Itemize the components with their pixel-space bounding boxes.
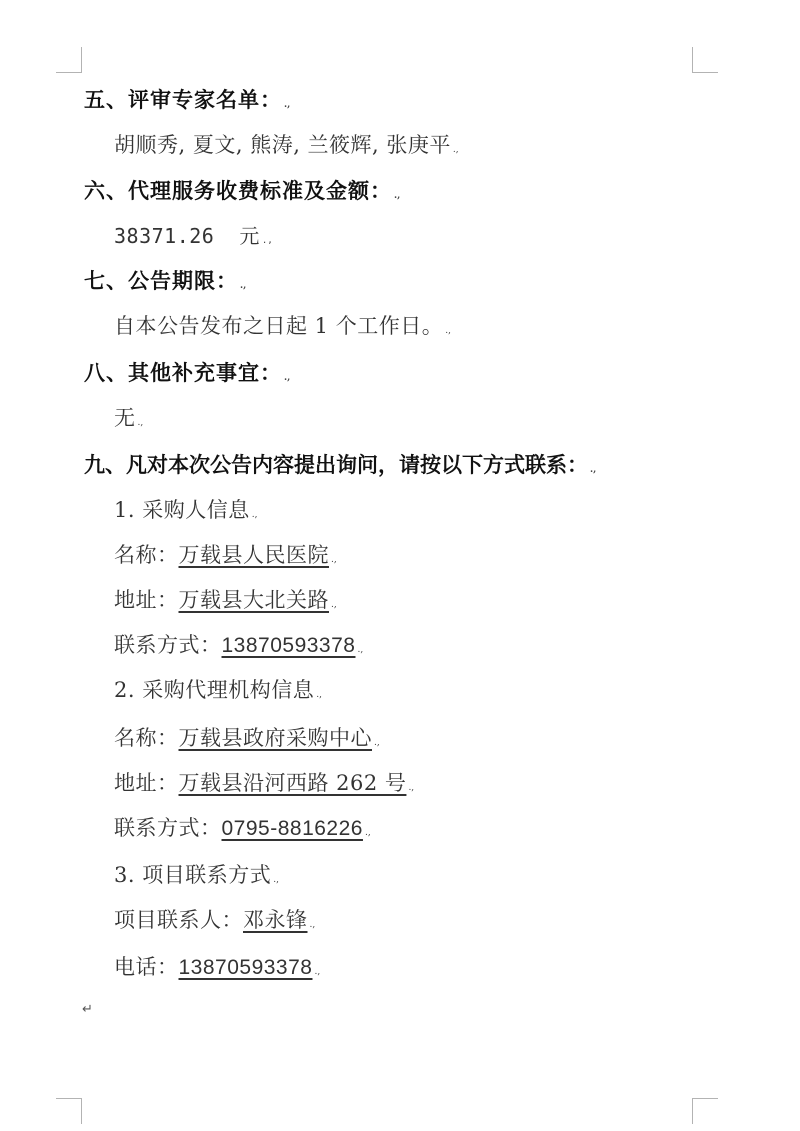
project-person-row: 项目联系人：邓永锋., xyxy=(114,900,315,940)
section-heading-agency-fee: 六、代理服务收费标准及金额：., xyxy=(84,171,400,211)
crop-mark-top-left xyxy=(56,47,82,73)
agency-info-title: 2. 采购代理机构信息., xyxy=(114,670,322,710)
crop-mark-bottom-right xyxy=(692,1098,718,1124)
field-label: 名称： xyxy=(114,543,179,567)
crop-mark-top-right xyxy=(692,47,718,73)
paragraph-mark: ., xyxy=(445,326,451,336)
field-label: 联系方式： xyxy=(114,633,222,657)
paragraph-mark: ., xyxy=(138,418,144,428)
heading-text: 九、凡对本次公告内容提出询问，请按以下方式联系： xyxy=(84,452,588,477)
heading-text: 八、其他补充事宜： xyxy=(84,360,282,385)
notice-period-text: 自本公告发布之日起 1 个工作日。., xyxy=(114,306,451,346)
paragraph-mark: ., xyxy=(252,510,258,520)
field-label: 地址： xyxy=(114,588,179,612)
paragraph-mark: ., xyxy=(310,920,316,930)
paragraph-mark: ., xyxy=(365,828,371,838)
heading-text: 七、公告期限： xyxy=(84,268,238,293)
purchaser-name: 万载县人民医院 xyxy=(179,543,330,567)
agency-contact-row: 联系方式：0795-8816226., xyxy=(114,808,371,848)
field-label: 电话： xyxy=(114,955,179,979)
agency-address: 万载县沿河西路 262 号 xyxy=(179,771,407,795)
paragraph-mark: ., xyxy=(240,281,246,291)
purchaser-phone: 13870593378 xyxy=(222,634,356,657)
agency-address-row: 地址：万载县沿河西路 262 号., xyxy=(114,763,414,803)
agency-name-row: 名称：万载县政府采购中心., xyxy=(114,718,380,758)
paragraph-mark: ., xyxy=(331,600,337,610)
section-heading-contact: 九、凡对本次公告内容提出询问，请按以下方式联系：., xyxy=(84,445,596,485)
paragraph-mark: ., xyxy=(331,555,337,565)
paragraph-mark: ., xyxy=(284,100,290,110)
paragraph-mark: ., xyxy=(262,236,273,246)
paragraph-return-mark: ↵ xyxy=(82,1002,93,1017)
project-contact-person: 邓永锋 xyxy=(243,908,308,932)
heading-text: 六、代理服务收费标准及金额： xyxy=(84,178,392,203)
field-label: 名称： xyxy=(114,726,179,750)
subsection-title: 1. 采购人信息 xyxy=(114,498,250,522)
project-phone: 13870593378 xyxy=(179,956,313,979)
paragraph-mark: ., xyxy=(374,738,380,748)
notice-period-value: 自本公告发布之日起 1 个工作日。 xyxy=(114,314,443,338)
other-matters-value: 无 xyxy=(114,406,136,430)
agency-name: 万载县政府采购中心 xyxy=(179,726,373,750)
section-heading-experts: 五、评审专家名单：., xyxy=(84,80,290,120)
paragraph-mark: ., xyxy=(590,465,596,475)
field-label: 项目联系人： xyxy=(114,908,243,932)
field-label: 联系方式： xyxy=(114,816,222,840)
paragraph-mark: ., xyxy=(394,191,400,201)
paragraph-mark: ., xyxy=(316,690,322,700)
section-heading-other-matters: 八、其他补充事宜：., xyxy=(84,353,290,393)
agency-fee-amount: 38371.26 元., xyxy=(114,216,273,256)
experts-names: 胡顺秀, 夏文, 熊涛, 兰筱辉, 张庚平 xyxy=(114,133,451,157)
purchaser-address: 万载县大北关路 xyxy=(179,588,330,612)
subsection-title: 2. 采购代理机构信息 xyxy=(114,678,314,702)
paragraph-mark: ., xyxy=(408,783,414,793)
paragraph-mark: ., xyxy=(453,145,459,155)
purchaser-info-title: 1. 采购人信息., xyxy=(114,490,257,530)
paragraph-mark: ., xyxy=(284,373,290,383)
agency-phone: 0795-8816226 xyxy=(222,817,363,840)
project-phone-row: 电话：13870593378., xyxy=(114,947,320,987)
fee-value: 38371.26 元 xyxy=(114,224,260,248)
paragraph-mark: ., xyxy=(314,967,320,977)
section-heading-notice-period: 七、公告期限：., xyxy=(84,261,246,301)
purchaser-contact-row: 联系方式：13870593378., xyxy=(114,625,363,665)
crop-mark-bottom-left xyxy=(56,1098,82,1124)
field-label: 地址： xyxy=(114,771,179,795)
paragraph-mark: ., xyxy=(273,875,279,885)
purchaser-address-row: 地址：万载县大北关路., xyxy=(114,580,337,620)
experts-list: 胡顺秀, 夏文, 熊涛, 兰筱辉, 张庚平., xyxy=(114,125,459,165)
other-matters-text: 无., xyxy=(114,398,143,438)
heading-text: 五、评审专家名单： xyxy=(84,87,282,112)
purchaser-name-row: 名称：万载县人民医院., xyxy=(114,535,337,575)
subsection-title: 3. 项目联系方式 xyxy=(114,863,271,887)
paragraph-mark: ., xyxy=(357,645,363,655)
project-contact-title: 3. 项目联系方式., xyxy=(114,855,279,895)
